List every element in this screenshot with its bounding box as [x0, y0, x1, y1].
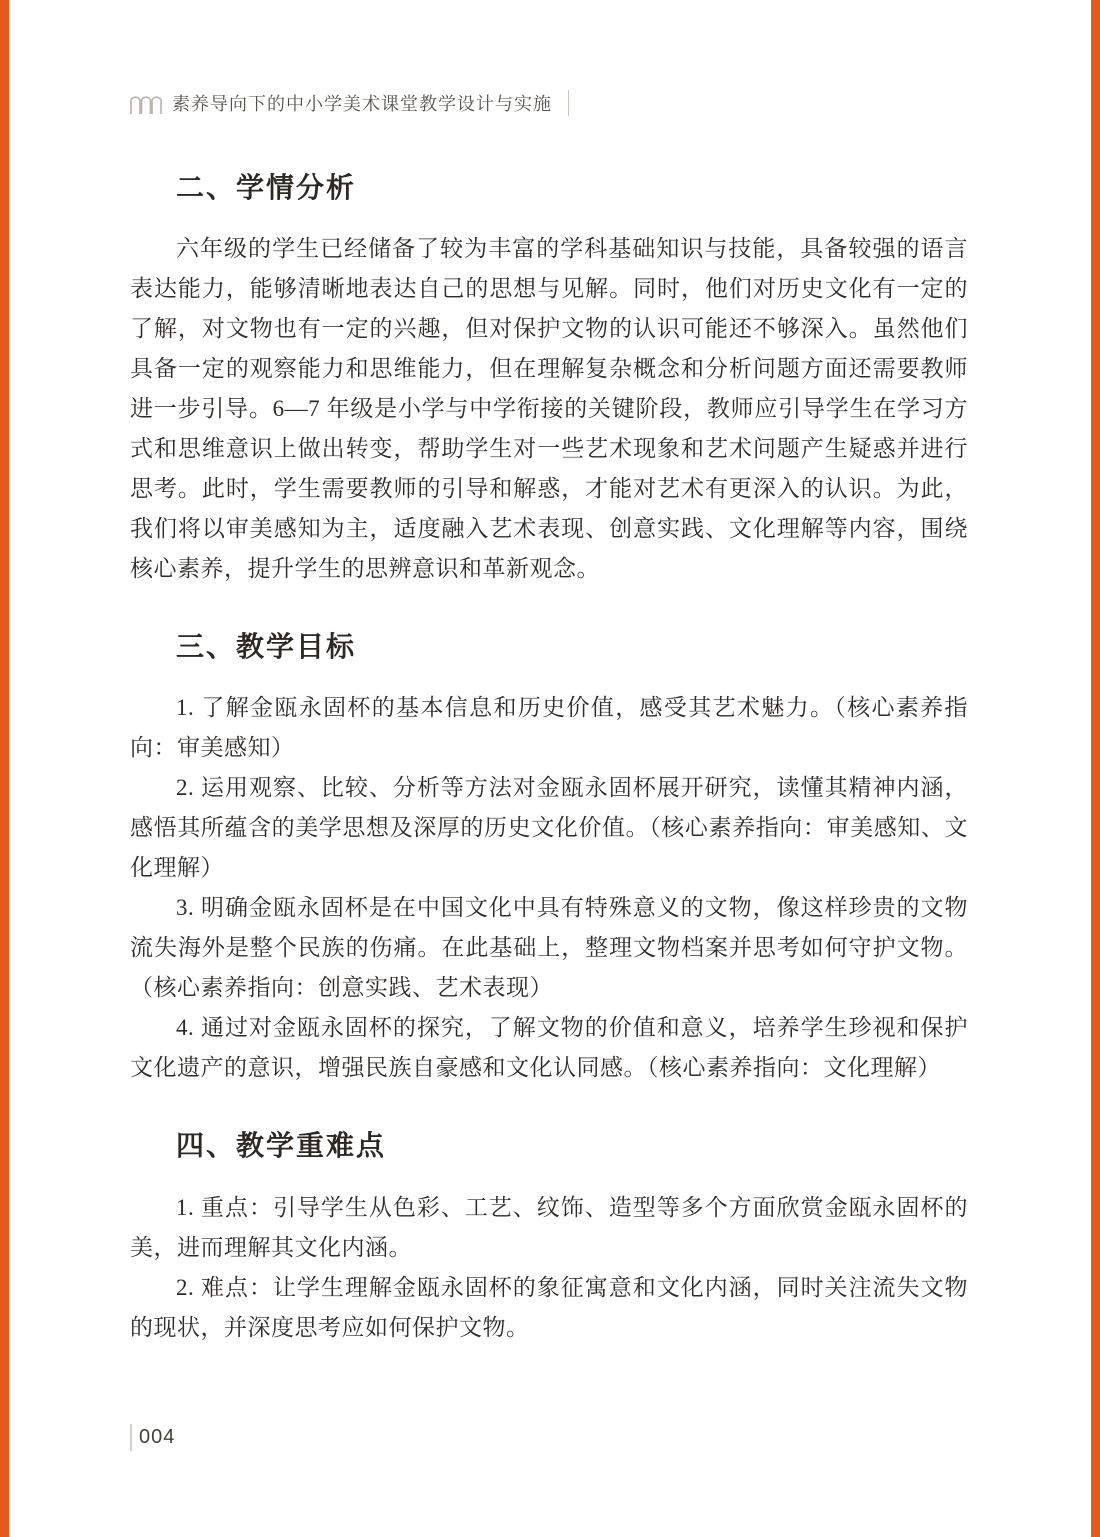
page-number: 004: [139, 1426, 175, 1449]
book-page: 素养导向下的中小学美术课堂教学设计与实施 二、学情分析 六年级的学生已经储备了较…: [0, 0, 1100, 1537]
section-heading-zhongnandian: 四、教学重难点: [176, 1126, 968, 1165]
running-header: 素养导向下的中小学美术课堂教学设计与实施: [128, 90, 569, 116]
page-body: 二、学情分析 六年级的学生已经储备了较为丰富的学科基础知识与技能，具备较强的语言…: [0, 0, 1100, 1348]
footer-divider: [130, 1424, 132, 1451]
section-heading-xueqing-fenxi: 二、学情分析: [176, 168, 968, 207]
keypoint-item-2: 2. 难点：让学生理解金瓯永固杯的象征寓意和文化内涵，同时关注流失文物的现状，并…: [130, 1268, 968, 1348]
paragraph-xueqing: 六年级的学生已经储备了较为丰富的学科基础知识与技能，具备较强的语言表达能力，能够…: [130, 229, 968, 589]
right-edge-band: [1091, 0, 1100, 1537]
objective-item-4: 4. 通过对金瓯永固杯的探究，了解文物的价值和意义，培养学生珍视和保护文化遗产的…: [130, 1008, 968, 1088]
objective-item-2: 2. 运用观察、比较、分析等方法对金瓯永固杯展开研究，读懂其精神内涵，感悟其所蕴…: [130, 768, 968, 888]
header-divider: [568, 90, 569, 116]
running-header-title: 素养导向下的中小学美术课堂教学设计与实施: [172, 90, 552, 116]
keypoint-item-1: 1. 重点：引导学生从色彩、工艺、纹饰、造型等多个方面欣赏金瓯永固杯的美，进而理…: [130, 1188, 968, 1268]
objective-item-1: 1. 了解金瓯永固杯的基本信息和历史价值，感受其艺术魅力。（核心素养指向：审美感…: [130, 688, 968, 768]
section-heading-jiaoxue-mubiao: 三、教学目标: [176, 627, 968, 666]
objective-item-3: 3. 明确金瓯永固杯是在中国文化中具有特殊意义的文物，像这样珍贵的文物流失海外是…: [130, 888, 968, 1008]
left-edge-band: [0, 0, 9, 1537]
triple-arch-logo-icon: [128, 91, 164, 115]
page-footer: 004: [130, 1424, 175, 1451]
